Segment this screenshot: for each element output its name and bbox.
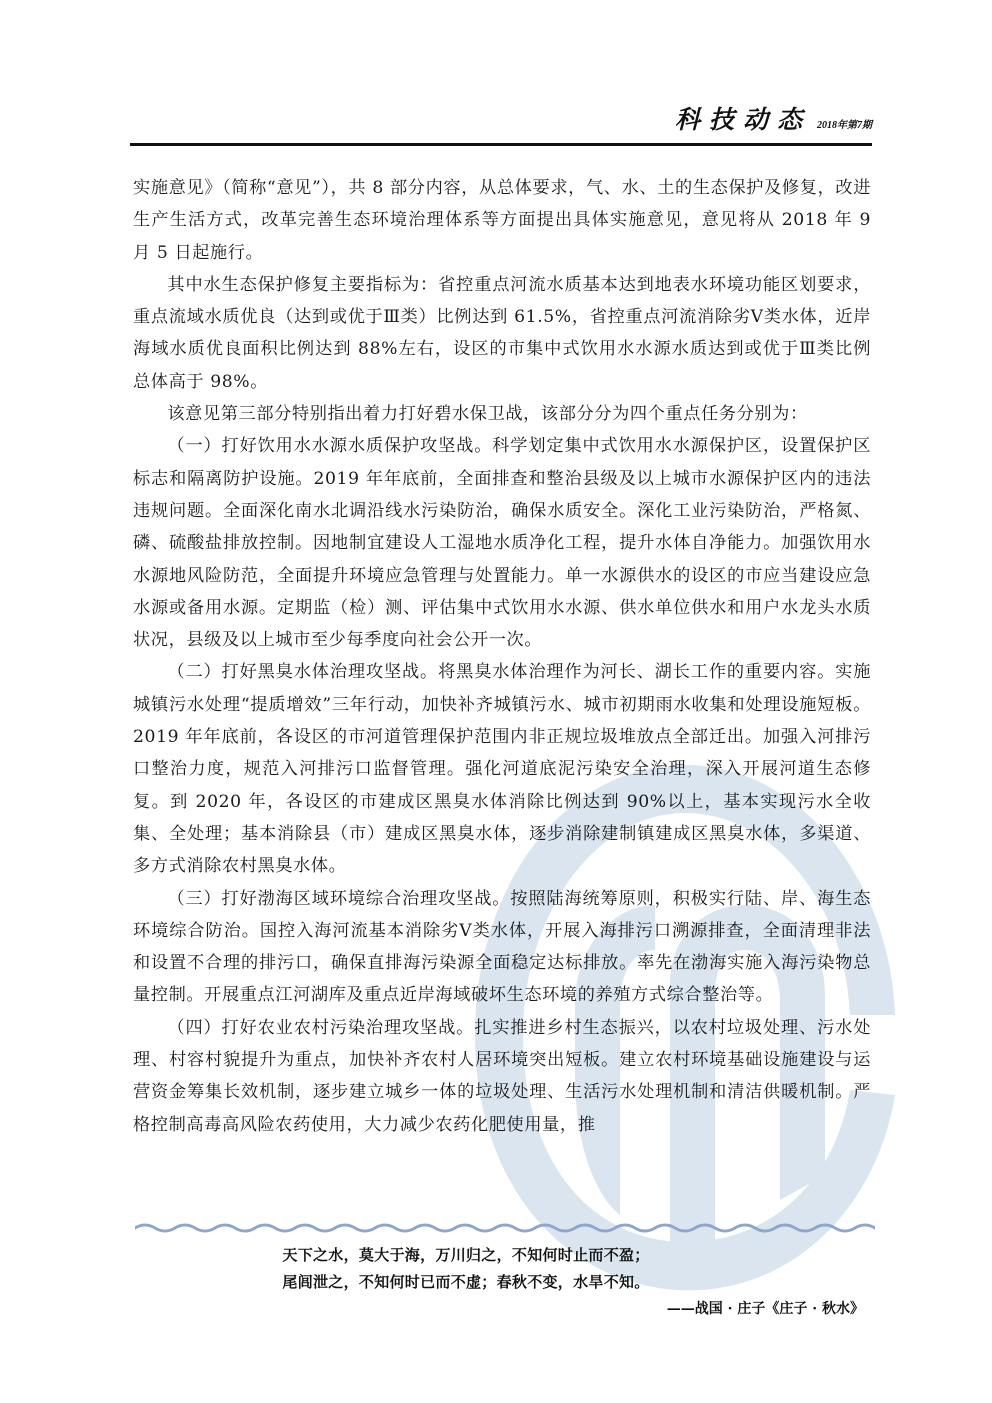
journal-title: 科技动态 <box>675 100 811 136</box>
quote-line-1: 天下之水，莫大于海，万川归之，不知何时止而不盈； <box>130 1242 872 1269</box>
issue-label: 2018年第7期 <box>817 116 872 131</box>
article-body: 实施意见》（简称“意见”），共 8 部分内容，从总体要求，气、水、土的生态保护及… <box>133 172 871 1141</box>
classical-quote: 天下之水，莫大于海，万川归之，不知何时止而不盈； 尾闾泄之，不知何时已而不虚；春… <box>130 1242 872 1323</box>
paragraph-task-3: （三）打好渤海区域环境综合治理攻坚战。按照陆海统筹原则，积极实行陆、岸、海生态环… <box>133 883 871 1012</box>
paragraph-indicators: 其中水生态保护修复主要指标为：省控重点河流水质基本达到地表水环境功能区划要求，重… <box>133 269 871 398</box>
running-header: 科技动态 2018年第7期 <box>130 100 872 146</box>
wave-divider-icon <box>135 1220 875 1234</box>
paragraph-task-1: （一）打好饮用水水源水质保护攻坚战。科学划定集中式饮用水水源保护区，设置保护区标… <box>133 430 871 656</box>
quote-source: ——战国 · 庄子《庄子 · 秋水》 <box>130 1296 872 1323</box>
paragraph-continuation: 实施意见》（简称“意见”），共 8 部分内容，从总体要求，气、水、土的生态保护及… <box>133 172 871 269</box>
paragraph-task-4: （四）打好农业农村污染治理攻坚战。扎实推进乡村生态振兴，以农村垃圾处理、污水处理… <box>133 1012 871 1141</box>
quote-line-2: 尾闾泄之，不知何时已而不虚；春秋不变，水旱不知。 <box>130 1269 872 1296</box>
header-title-group: 科技动态 2018年第7期 <box>675 100 872 136</box>
paragraph-task-2: （二）打好黑臭水体治理攻坚战。将黑臭水体治理作为河长、湖长工作的重要内容。实施城… <box>133 656 871 882</box>
paragraph-intro-tasks: 该意见第三部分特别指出着力打好碧水保卫战，该部分分为四个重点任务分别为： <box>133 398 871 430</box>
header-rule <box>130 143 872 146</box>
